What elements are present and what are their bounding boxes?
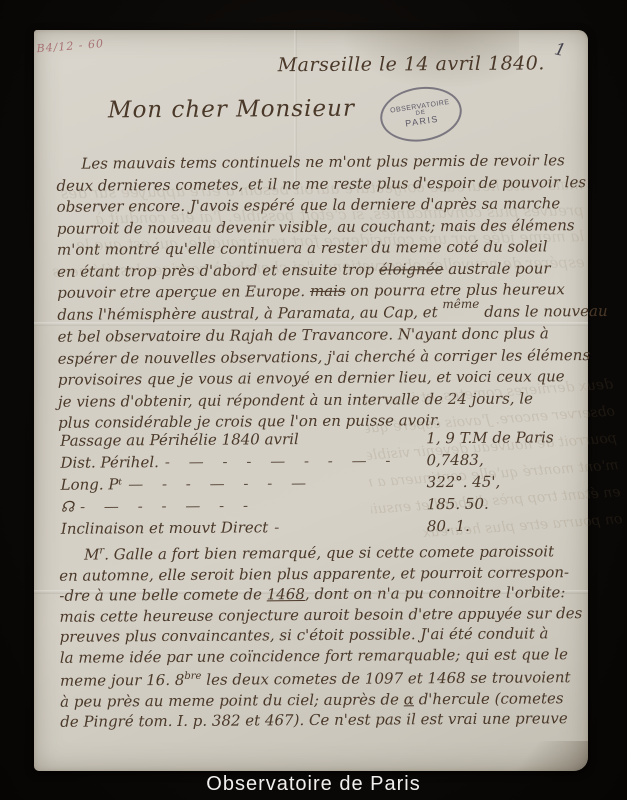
folio-number: 1 bbox=[553, 39, 568, 61]
leader-dashes: - — - - — - - bbox=[74, 493, 427, 517]
text-run: dans le nouveau bbox=[479, 301, 607, 320]
leader-dashes: - bbox=[268, 515, 427, 538]
table-row: Inclinaison et mouvt Direct - 80. 1. bbox=[61, 514, 579, 540]
paragraph-1: Les mauvais tems continuels ne m'ont plu… bbox=[56, 150, 582, 434]
manuscript-line: de Pingré tom. I. p. 382 et 467). Ce n'e… bbox=[60, 708, 584, 732]
manuscript-line: observer encore. J'avois espéré que la d… bbox=[57, 193, 581, 218]
underlined-alpha: α bbox=[404, 690, 414, 708]
text-run: en étant trop près d'abord et ensuite tr… bbox=[57, 260, 379, 280]
text-run: à peu près au meme point du ciel; auprès… bbox=[60, 690, 404, 710]
manuscript-line: meme jour 16. 8bre les deux cometes de 1… bbox=[60, 664, 584, 691]
element-label: Long. Pᵗ bbox=[61, 473, 123, 495]
superscript: bre bbox=[184, 671, 201, 682]
text-run: meme jour 16. 8 bbox=[60, 671, 185, 690]
manuscript-line: -dre à une belle comete de 1468, dont on… bbox=[59, 582, 583, 606]
element-label: Passage au Périhélie 1840 avril bbox=[60, 428, 299, 452]
caption-text: Observatoire de Paris bbox=[206, 773, 420, 796]
leader-dashes: - — - - — - - — - bbox=[159, 449, 427, 473]
manuscript-ink-layer: B4/12 - 60 1 Marseille le 14 avril 1840.… bbox=[31, 28, 590, 773]
element-value: 322°. 45', bbox=[426, 470, 578, 493]
manuscript-line: Mr. Galle a fort bien remarqué, que si c… bbox=[59, 538, 583, 565]
text-run: dans l'hémisphère austral, à Paramata, a… bbox=[57, 303, 442, 324]
scan-mount: mais cette heureuse conjecture auroit be… bbox=[0, 0, 627, 800]
manuscript-line: et bel observatoire du Rajah de Travanco… bbox=[57, 323, 581, 348]
struck-word: éloignée bbox=[379, 260, 444, 278]
manuscript-line: je viens d'obtenir, qui répondent à un i… bbox=[58, 388, 582, 413]
element-value: 80. 1. bbox=[427, 514, 579, 537]
paragraph-2: Mr. Galle a fort bien remarqué, que si c… bbox=[59, 538, 584, 732]
text-run: les deux cometes de 1097 et 1468 se trou… bbox=[201, 668, 570, 689]
archival-shelfmark: B4/12 - 60 bbox=[36, 37, 104, 55]
manuscript-line: m'ont montré qu'elle continuera a rester… bbox=[57, 236, 581, 261]
observatory-stamp: OBSERVATOIRE DE PARIS bbox=[376, 82, 465, 147]
text-run: , dont on n'a pu connoitre l'orbite: bbox=[305, 583, 566, 603]
caption-bar: Observatoire de Paris bbox=[0, 768, 627, 800]
leader-dashes: — - - — - - — bbox=[122, 471, 427, 495]
element-value: 0,7483, bbox=[426, 448, 578, 471]
element-label: Dist. Périhel. bbox=[60, 451, 159, 474]
text-run: . Galle a fort bien remarqué, que si cet… bbox=[104, 542, 554, 563]
text-run: pouvoir etre aperçue en Europe. bbox=[57, 282, 310, 302]
text-run: -dre à une belle comete de bbox=[59, 585, 266, 604]
orbital-elements-table: Passage au Périhélie 1840 avril 1, 9 T.M… bbox=[60, 426, 579, 540]
leader-dashes bbox=[299, 443, 427, 444]
element-label: ☊ bbox=[61, 496, 74, 518]
struck-word: mais bbox=[310, 282, 346, 300]
interline-insertion: même bbox=[442, 293, 479, 315]
underlined-number: 1468 bbox=[267, 585, 305, 603]
dateline: Marseille le 14 avril 1840. bbox=[278, 52, 545, 76]
salutation: Mon cher Monsieur bbox=[108, 96, 355, 124]
letter-page: mais cette heureuse conjecture auroit be… bbox=[34, 30, 588, 771]
text-run: d'hercule (cometes bbox=[414, 689, 564, 708]
element-value: 1, 9 T.M de Paris bbox=[426, 426, 578, 449]
element-value: 185. 50. bbox=[427, 492, 579, 515]
manuscript-line: Les mauvais tems continuels ne m'ont plu… bbox=[56, 150, 580, 175]
element-label: Inclinaison et mouvt Direct bbox=[61, 516, 268, 539]
text-run: M bbox=[84, 545, 99, 563]
manuscript-line: pouvoir etre aperçue en Europe. mais on … bbox=[57, 279, 581, 304]
manuscript-line: preuves plus convaincantes, si c'étoit p… bbox=[60, 623, 584, 647]
text-run: australe pour bbox=[443, 259, 550, 278]
stamp-line: PARIS bbox=[404, 113, 439, 128]
manuscript-line: provisoires que je vous ai envoyé en der… bbox=[58, 366, 582, 391]
